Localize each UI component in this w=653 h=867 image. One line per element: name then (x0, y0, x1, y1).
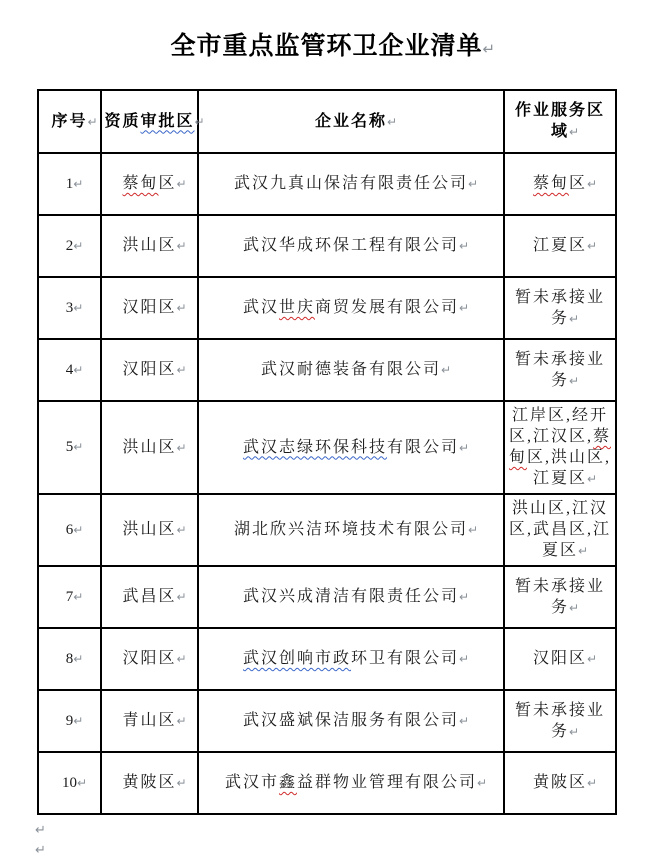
cell-no: 5↵ (38, 401, 101, 494)
text-segment: 黄陂区 (533, 774, 587, 791)
cell-company: 武汉兴成清洁有限责任公司↵ (198, 566, 504, 628)
cell-service: 江岸区,经开区,江汉区,蔡甸区,洪山区,江夏区↵ (504, 401, 616, 494)
cell-no: 10↵ (38, 752, 101, 814)
text-segment: 6 (66, 522, 74, 538)
cell-service: 汉阳区↵ (504, 628, 616, 690)
cell-district: 汉阳区↵ (101, 628, 198, 690)
cell-district: 汉阳区↵ (101, 339, 198, 401)
table-header-row: 序号↵资质审批区↵企业名称↵作业服务区域↵ (38, 90, 616, 153)
text-segment: 武汉耐德装备有限公司 (261, 361, 441, 378)
paragraph-mark-icon: ↵ (35, 821, 653, 841)
text-segment: 洪山区 (122, 439, 176, 456)
text-segment: 武汉华成环保工程有限公司 (243, 237, 459, 254)
text-segment: 环卫有限公司 (351, 650, 459, 667)
cell-service: 暂未承接业务↵ (504, 690, 616, 752)
table-row: 9↵青山区↵武汉盛斌保洁服务有限公司↵暂未承接业务↵ (38, 690, 616, 752)
header-no: 序号↵ (38, 90, 101, 153)
text-segment: 洪山区 (122, 237, 176, 254)
cell-no: 9↵ (38, 690, 101, 752)
page-title: 全市重点监管环卫企业清单 (170, 33, 482, 60)
after-table-paragraphs: ↵ ↵ (35, 821, 653, 861)
cell-service: 洪山区,江汉区,武昌区,江夏区↵ (504, 494, 616, 566)
cell-company: 武汉世庆商贸发展有限公司↵ (198, 277, 504, 339)
cell-company: 武汉华成环保工程有限公司↵ (198, 215, 504, 277)
cell-service: 暂未承接业务↵ (504, 277, 616, 339)
text-segment: 武汉兴成清洁有限责任公司 (243, 588, 459, 605)
text-segment: 青山区 (122, 712, 176, 729)
cell-district: 黄陂区↵ (101, 752, 198, 814)
text-segment: 洪山区,江汉区,武昌区,江夏区 (509, 500, 611, 559)
table-row: 2↵洪山区↵武汉华成环保工程有限公司↵江夏区↵ (38, 215, 616, 277)
cell-no: 3↵ (38, 277, 101, 339)
cell-no: 6↵ (38, 494, 101, 566)
table-row: 8↵汉阳区↵武汉创响市政环卫有限公司↵汉阳区↵ (38, 628, 616, 690)
table-row: 3↵汉阳区↵武汉世庆商贸发展有限公司↵暂未承接业务↵ (38, 277, 616, 339)
paragraph-mark-icon: ↵ (35, 841, 653, 861)
text-segment: 3 (66, 300, 74, 316)
text-segment: 资质 (104, 113, 140, 130)
cell-district: 洪山区↵ (101, 401, 198, 494)
cell-service: 江夏区↵ (504, 215, 616, 277)
cell-district: 蔡甸区↵ (101, 153, 198, 215)
text-segment: 武汉 (243, 299, 279, 316)
table-row: 5↵洪山区↵武汉志绿环保科技有限公司↵江岸区,经开区,江汉区,蔡甸区,洪山区,江… (38, 401, 616, 494)
text-segment: 汉阳区 (122, 299, 176, 316)
text-segment: 洪山区 (122, 521, 176, 538)
cell-company: 武汉盛斌保洁服务有限公司↵ (198, 690, 504, 752)
text-segment: 暂未承接业务 (515, 289, 605, 327)
text-segment: 区 (569, 175, 587, 192)
text-segment: 商贸发展有限公司 (315, 299, 459, 316)
cell-company: 武汉志绿环保科技有限公司↵ (198, 401, 504, 494)
text-segment: 武汉市 (225, 774, 279, 791)
text-segment: 武汉盛斌保洁服务有限公司 (243, 712, 459, 729)
text-segment: 江夏区 (533, 237, 587, 254)
cell-service: 暂未承接业务↵ (504, 339, 616, 401)
text-segment: 武汉九真山保洁有限责任公司 (234, 175, 468, 192)
wavy-text-segment: 蔡甸 (122, 175, 158, 192)
text-segment: 企业名称 (315, 113, 387, 130)
wavy-text-segment: 审批区 (141, 113, 195, 130)
text-segment: 益群物业管理有限公司 (297, 774, 477, 791)
text-segment: 暂未承接业务 (515, 578, 605, 616)
text-segment: 区,洪山区,江夏区 (527, 449, 611, 487)
wavy-text-segment: 鑫 (279, 774, 297, 791)
table-body: 1↵蔡甸区↵武汉九真山保洁有限责任公司↵蔡甸区↵2↵洪山区↵武汉华成环保工程有限… (38, 153, 616, 814)
text-segment: 暂未承接业务 (515, 351, 605, 389)
table-row: 6↵洪山区↵湖北欣兴洁环境技术有限公司↵洪山区,江汉区,武昌区,江夏区↵ (38, 494, 616, 566)
table-row: 4↵汉阳区↵武汉耐德装备有限公司↵暂未承接业务↵ (38, 339, 616, 401)
text-segment: 区 (159, 175, 177, 192)
cell-company: 武汉九真山保洁有限责任公司↵ (198, 153, 504, 215)
cell-company: 武汉耐德装备有限公司↵ (198, 339, 504, 401)
table-row: 10↵黄陂区↵武汉市鑫益群物业管理有限公司↵黄陂区↵ (38, 752, 616, 814)
cell-district: 青山区↵ (101, 690, 198, 752)
wavy-text-segment: 世庆 (279, 299, 315, 316)
cell-district: 汉阳区↵ (101, 277, 198, 339)
document-page: { "document": { "title": "全市重点监管环卫企业清单",… (0, 0, 653, 867)
cell-service: 暂未承接业务↵ (504, 566, 616, 628)
cell-service: 蔡甸区↵ (504, 153, 616, 215)
text-segment: 9 (66, 713, 74, 729)
table-row: 7↵武昌区↵武汉兴成清洁有限责任公司↵暂未承接业务↵ (38, 566, 616, 628)
cell-company: 湖北欣兴洁环境技术有限公司↵ (198, 494, 504, 566)
cell-district: 洪山区↵ (101, 494, 198, 566)
text-segment: 作业服务区域 (515, 102, 605, 140)
text-segment: 武昌区 (122, 588, 176, 605)
wavy-text-segment: 武汉志绿环保科技 (243, 439, 387, 456)
text-segment: 汉阳区 (533, 650, 587, 667)
cell-service: 黄陂区↵ (504, 752, 616, 814)
header-district: 资质审批区↵ (101, 90, 198, 153)
wavy-text-segment: 武汉创响市政 (243, 650, 351, 667)
table-row: 1↵蔡甸区↵武汉九真山保洁有限责任公司↵蔡甸区↵ (38, 153, 616, 215)
header-service: 作业服务区域↵ (504, 90, 616, 153)
document-title-line: 全市重点监管环卫企业清单↵ (0, 26, 653, 62)
table-header: 序号↵资质审批区↵企业名称↵作业服务区域↵ (38, 90, 616, 153)
text-segment: 4 (66, 362, 74, 378)
text-segment: 暂未承接业务 (515, 702, 605, 740)
text-segment: 黄陂区 (122, 774, 176, 791)
header-company: 企业名称↵ (198, 90, 504, 153)
text-segment: 湖北欣兴洁环境技术有限公司 (234, 521, 468, 538)
cell-no: 4↵ (38, 339, 101, 401)
text-segment: 8 (66, 651, 74, 667)
cell-district: 洪山区↵ (101, 215, 198, 277)
cell-no: 8↵ (38, 628, 101, 690)
cell-no: 7↵ (38, 566, 101, 628)
cell-company: 武汉市鑫益群物业管理有限公司↵ (198, 752, 504, 814)
text-segment: 有限公司 (387, 439, 459, 456)
wavy-text-segment: 蔡甸 (533, 175, 569, 192)
cell-no: 2↵ (38, 215, 101, 277)
text-segment: 汉阳区 (122, 361, 176, 378)
text-segment: 5 (66, 439, 74, 455)
text-segment: 10 (62, 775, 77, 791)
text-segment: 序号 (51, 113, 87, 130)
text-segment: 7 (66, 589, 74, 605)
cell-district: 武昌区↵ (101, 566, 198, 628)
cell-company: 武汉创响市政环卫有限公司↵ (198, 628, 504, 690)
text-segment: 2 (66, 238, 74, 254)
enterprise-table: 序号↵资质审批区↵企业名称↵作业服务区域↵ 1↵蔡甸区↵武汉九真山保洁有限责任公… (37, 89, 617, 815)
text-segment: 1 (66, 176, 74, 192)
cell-no: 1↵ (38, 153, 101, 215)
text-segment: 汉阳区 (122, 650, 176, 667)
